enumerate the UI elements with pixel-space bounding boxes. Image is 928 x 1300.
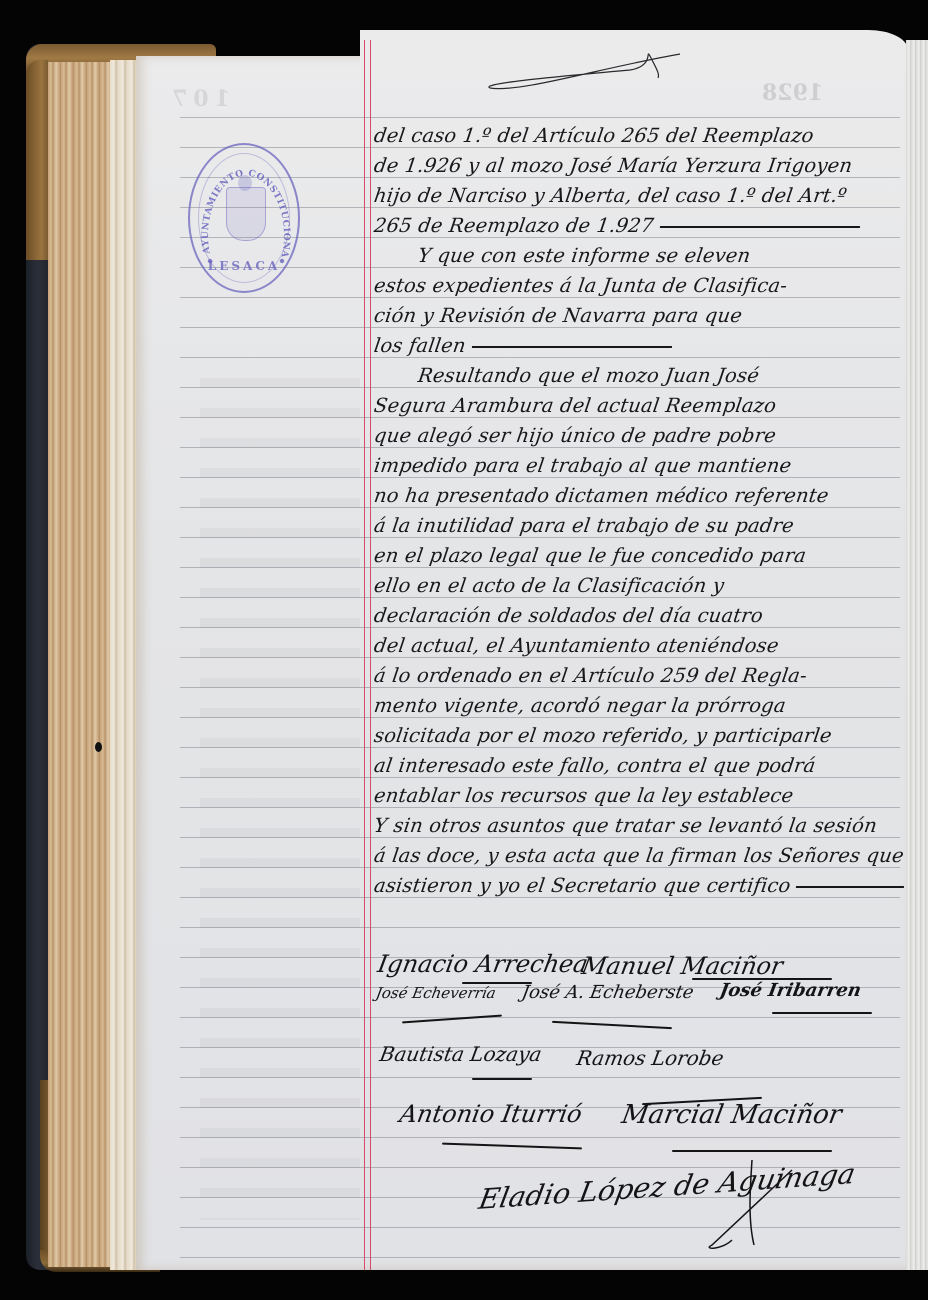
handwritten-body: del caso 1.º del Artículo 265 del Reempl…: [372, 121, 902, 901]
signature-underline: [472, 1078, 532, 1080]
signature-block: Ignacio Arrechea Manuel Maciñor José Ech…: [372, 950, 912, 1250]
ink-blot: [95, 742, 102, 752]
text-line-4: 265 de Reemplazo de 1.927: [372, 211, 906, 241]
text-line-16: ello en el acto de la Clasificación y: [372, 571, 906, 601]
signature-underline: [442, 1143, 582, 1150]
text-line-19: á lo ordenado en el Artículo 259 del Reg…: [372, 661, 906, 691]
stamp-coat-of-arms-icon: [226, 187, 266, 241]
text-line-23: entablar los recursos que la ley estable…: [372, 781, 906, 811]
signature: Manuel Maciñor: [580, 952, 786, 980]
municipal-stamp: AYUNTAMIENTO CONSTITUCIONAL DE LESACA: [188, 143, 300, 293]
ghost-page-number: 107: [166, 86, 230, 112]
ink-bleed-through: [200, 360, 360, 1220]
signature-underline: [402, 1015, 502, 1024]
text-line-5: Y que con este informe se eleven: [372, 241, 906, 271]
text-line-12: impedido para el trabajo al que mantiene: [372, 451, 906, 481]
ghost-year: 1928: [762, 80, 823, 106]
text-line-21: solicitada por el mozo referido, y parti…: [372, 721, 906, 751]
text-line-10: Segura Arambura del actual Reemplazo: [372, 391, 906, 421]
text-line-9: Resultando que el mozo Juan José: [372, 361, 906, 391]
signature: José Echeverría: [374, 984, 497, 1002]
signature: Ignacio Arrechea: [376, 950, 591, 978]
text-line-24: Y sin otros asuntos que tratar se levant…: [372, 811, 906, 841]
text-line-7: ción y Revisión de Navarra para que: [372, 301, 906, 331]
stamp-bottom-text: LESACA: [190, 259, 298, 273]
text-line-26: asistieron y yo el Secretario que certif…: [372, 871, 906, 901]
signature-flourish-icon: [692, 1150, 812, 1260]
signature: Marcial Maciñor: [619, 1100, 844, 1130]
signature: Bautista Lozaya: [378, 1042, 544, 1066]
red-margin-line: [364, 40, 371, 1270]
pen-flourish-icon: [480, 48, 700, 98]
signature-underline: [552, 1021, 672, 1029]
signature: José Iribarren: [718, 980, 863, 1001]
text-line-15: en el plazo legal que le fue concedido p…: [372, 541, 906, 571]
signature: Ramos Lorobe: [575, 1046, 726, 1070]
text-line-6: estos expedientes á la Junta de Clasific…: [372, 271, 906, 301]
text-line-25: á las doce, y esta acta que la firman lo…: [372, 841, 906, 871]
text-line-11: que alegó ser hijo único de padre pobre: [372, 421, 906, 451]
text-line-20: mento vigente, acordó negar la prórroga: [372, 691, 906, 721]
book-cover-edge-top: [26, 60, 48, 260]
text-line-22: al interesado este fallo, contra el que …: [372, 751, 906, 781]
text-line-3: hijo de Narciso y Alberta, del caso 1.º …: [372, 181, 906, 211]
text-line-13: no ha presentado dictamen médico referen…: [372, 481, 906, 511]
text-line-1: del caso 1.º del Artículo 265 del Reempl…: [372, 121, 906, 151]
text-line-14: á la inutilidad para el trabajo de su pa…: [372, 511, 906, 541]
book-photo: 107 1928 AYUNTAMIENTO CONSTITUCIONAL DE …: [0, 0, 928, 1300]
text-line-2: de 1.926 y al mozo José María Yerzura Ir…: [372, 151, 906, 181]
signature-underline: [772, 1012, 872, 1014]
text-line-8: los fallen: [372, 331, 906, 361]
text-line-18: del actual, el Ayuntamiento ateniéndose: [372, 631, 906, 661]
signature: Antonio Iturrió: [398, 1100, 585, 1128]
signature: José A. Echeberste: [520, 982, 695, 1003]
text-line-17: declaración de soldados del día cuatro: [372, 601, 906, 631]
